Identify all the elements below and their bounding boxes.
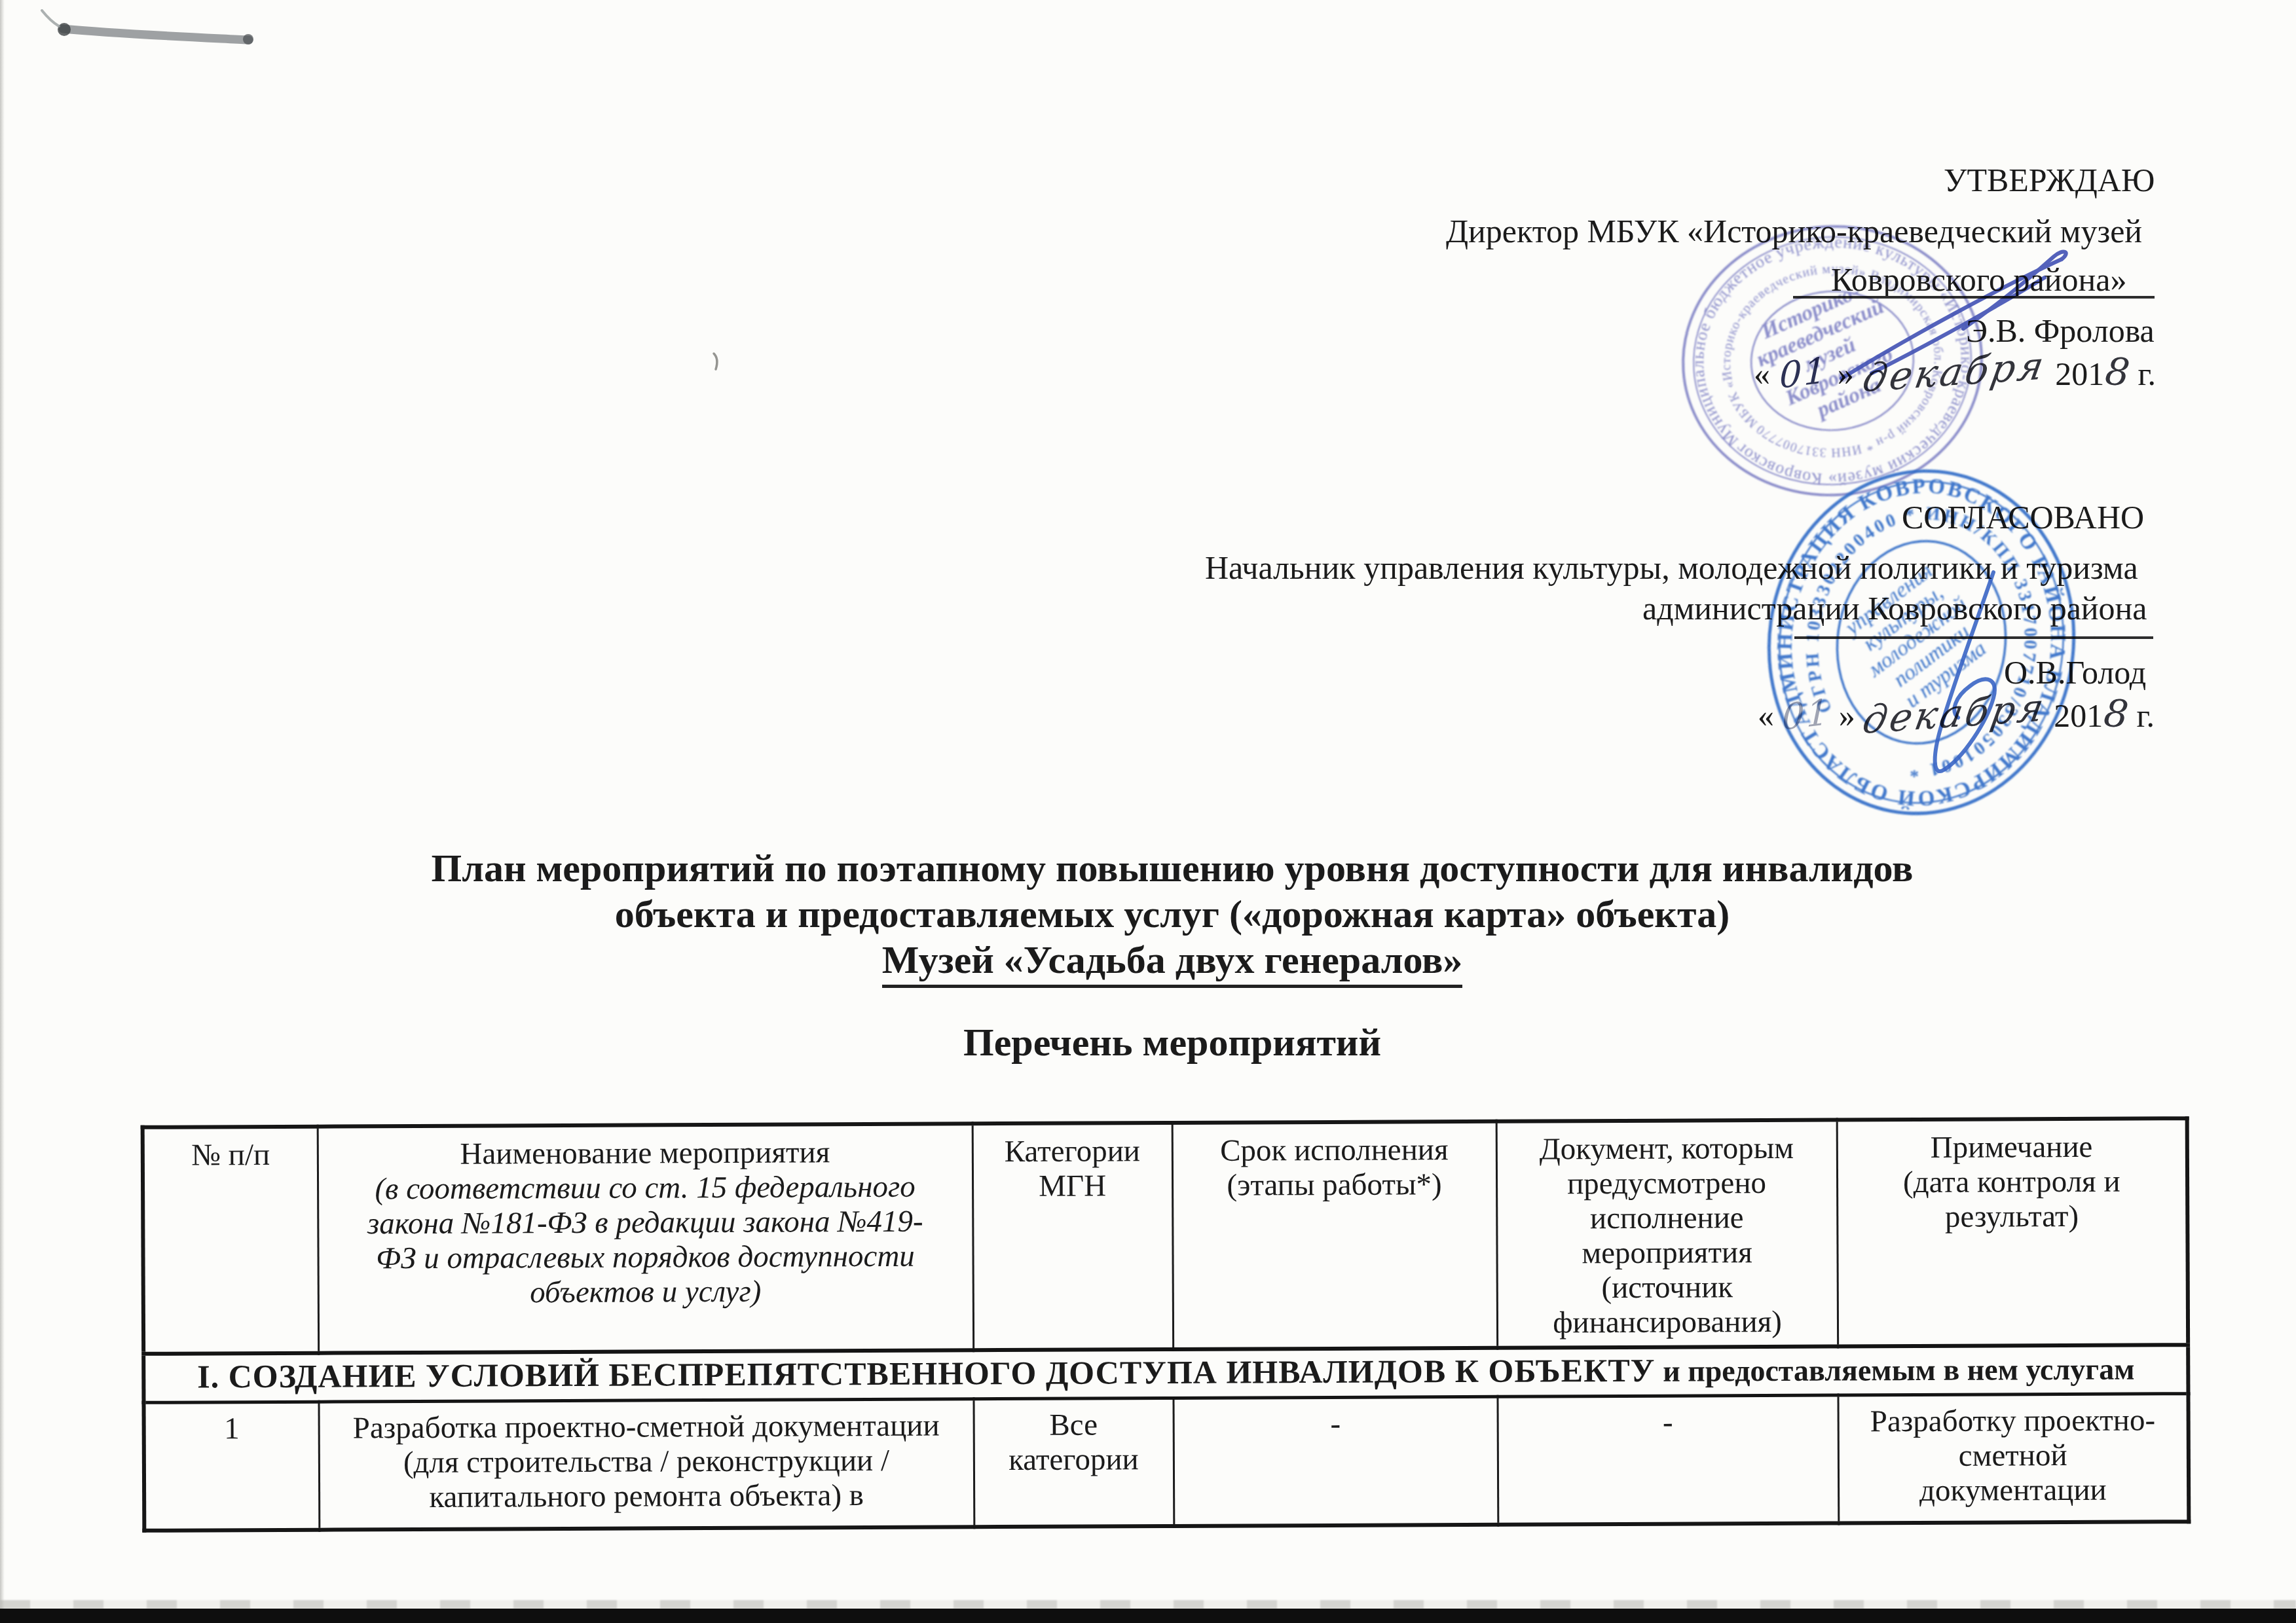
agreed-signer-name: О.В.Голод xyxy=(2004,655,2146,691)
header-category: Категории МГН xyxy=(972,1123,1174,1350)
year-suffix: г. xyxy=(2137,697,2155,734)
section-row: I. СОЗДАНИЕ УСЛОВИЙ БЕСПРЕПЯТСТВЕННОГО Д… xyxy=(143,1345,2188,1402)
header-name: Наименование мероприятия(в соответствии … xyxy=(318,1123,974,1353)
date-year: 2018 г. xyxy=(2054,691,2155,736)
handwritten-month: декабря xyxy=(1859,685,2050,742)
approved-date-line: «01» декабря 2018 г. xyxy=(1754,350,2156,394)
agreed-position-line2: администрации Ковровского района xyxy=(1642,591,2147,627)
title-line1: План мероприятий по поэтапному повышению… xyxy=(46,846,2296,891)
approved-position-line1: Директор МБУК «Историко-краеведческий му… xyxy=(1446,213,2142,249)
approved-signer-name: Э.В. Фролова xyxy=(1966,313,2155,349)
handwritten-month: декабря xyxy=(1859,343,2050,401)
cell-note: Разработку проектно- сметной документаци… xyxy=(1838,1394,2189,1523)
date-year: 2018 г. xyxy=(2055,350,2156,394)
approved-heading: УТВЕРЖДАЮ xyxy=(1944,162,2155,198)
header-document: Документ, которым предусмотрено исполнен… xyxy=(1496,1120,1838,1348)
cell-name: Разработка проектно-сметной документации… xyxy=(319,1399,974,1530)
handwritten-day: 01 xyxy=(1782,691,1831,739)
approved-signature-line xyxy=(1793,296,2155,299)
section-tail: и предоставляемым в нем услугам xyxy=(1663,1353,2135,1388)
pen-mark-artifact xyxy=(42,10,717,369)
scanned-document-page: УТВЕРЖДАЮ Директор МБУК «Историко-краеве… xyxy=(0,0,2296,1623)
approved-position-line2: Ковровского района» xyxy=(1831,262,2126,298)
scan-smudge-artifact xyxy=(0,1600,2296,1609)
quote-open: « xyxy=(1754,355,1770,393)
agreed-signature-line xyxy=(1794,636,2153,639)
subtitle-events-list: Перечень мероприятий xyxy=(46,1020,2296,1065)
section-caps: I. СОЗДАНИЕ УСЛОВИЙ БЕСПРЕПЯТСТВЕННОГО Д… xyxy=(197,1352,1656,1395)
cell-num: 1 xyxy=(144,1402,320,1531)
year-suffix: г. xyxy=(2138,356,2156,392)
agreed-position-line1: Начальник управления культуры, молодежно… xyxy=(1205,550,2138,586)
events-table: № п/п Наименование мероприятия(в соответ… xyxy=(141,1116,2191,1533)
cell-term: - xyxy=(1173,1396,1498,1526)
scan-black-band xyxy=(0,1609,2296,1623)
svg-text:политики: политики xyxy=(1889,620,1974,692)
agreed-date-line: «01» декабря 2018 г. xyxy=(1758,691,2155,736)
quote-close: » xyxy=(1838,355,1854,393)
quote-close: » xyxy=(1839,697,1855,735)
handwritten-year-digit: 8 xyxy=(2103,348,2132,395)
header-term: Срок исполнения (этапы работы*) xyxy=(1172,1122,1498,1349)
title-line2: объекта и предоставляемых услуг («дорожн… xyxy=(46,892,2296,937)
table-row: 1 Разработка проектно-сметной документац… xyxy=(144,1394,2189,1531)
header-num: № п/п xyxy=(143,1127,319,1354)
title-object-name: Музей «Усадьба двух генералов» xyxy=(46,938,2296,983)
table-header-row: № п/п Наименование мероприятия(в соответ… xyxy=(143,1118,2188,1354)
agreed-heading: СОГЛАСОВАНО xyxy=(1902,500,2144,536)
header-note: Примечание (дата контроля и результат) xyxy=(1837,1118,2189,1346)
quote-open: « xyxy=(1758,697,1774,735)
handwritten-year-digit: 8 xyxy=(2102,690,2131,737)
cell-category: Все категории xyxy=(973,1398,1174,1527)
handwritten-day: 01 xyxy=(1779,349,1828,397)
scan-edge-artifact xyxy=(0,0,5,1623)
cell-document: - xyxy=(1497,1395,1838,1525)
